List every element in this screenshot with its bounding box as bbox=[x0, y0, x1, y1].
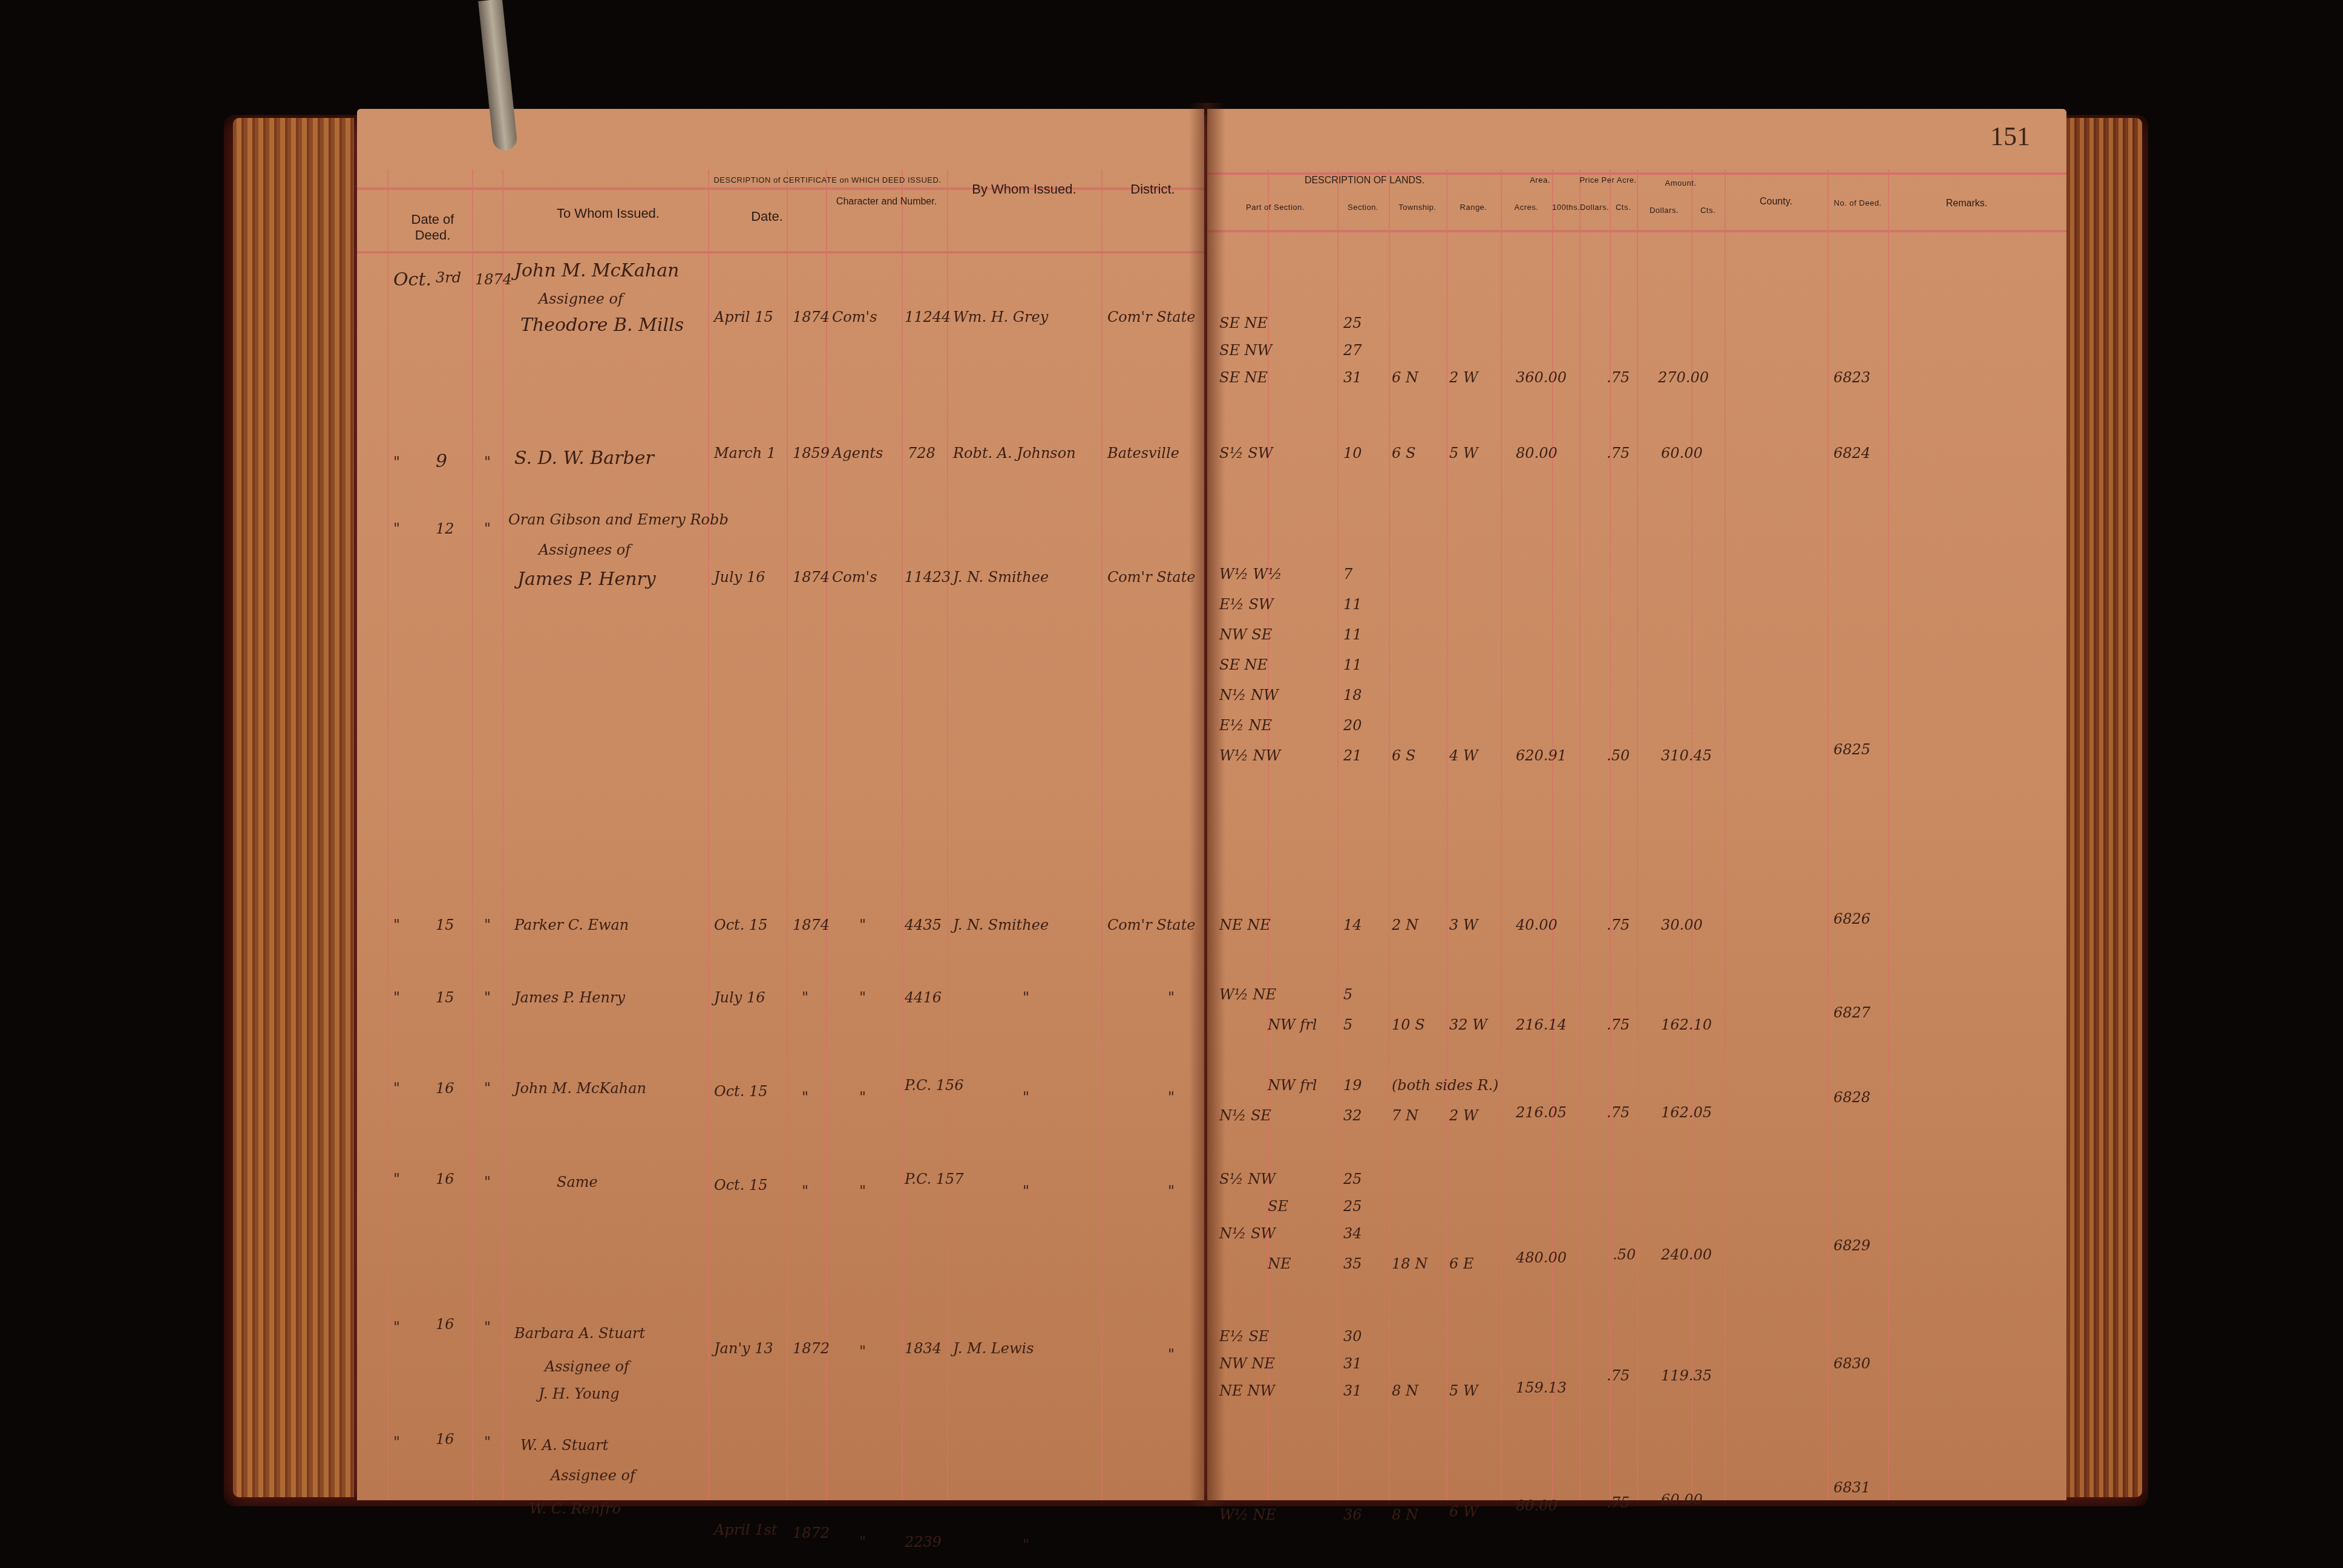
entry-cert-year: 1872 bbox=[793, 1340, 830, 1357]
land-section: 27 bbox=[1343, 342, 1362, 359]
land-part: W½ W½ bbox=[1219, 566, 1282, 583]
land-township: 8 N bbox=[1392, 1506, 1418, 1523]
land-acres: 480.00 bbox=[1516, 1249, 1567, 1266]
land-section: 31 bbox=[1343, 369, 1362, 386]
header-no-of-deed: No. of Deed. bbox=[1827, 198, 1888, 207]
land-price: .50 bbox=[1613, 1246, 1636, 1263]
entry-year: " bbox=[484, 1434, 491, 1451]
entry-number: 1834 bbox=[905, 1340, 942, 1357]
entry-cert-year: " bbox=[802, 1089, 808, 1106]
land-section: 25 bbox=[1343, 1171, 1362, 1187]
land-price: .50 bbox=[1607, 747, 1630, 764]
land-township: 6 S bbox=[1392, 747, 1415, 764]
deed-number: 6831 bbox=[1833, 1479, 1870, 1496]
header-by-whom-issued: By Whom Issued. bbox=[947, 181, 1101, 197]
deed-number: 6827 bbox=[1833, 1004, 1870, 1021]
entry-by-whom: Wm. H. Grey bbox=[953, 309, 1048, 325]
left-page: Date of Deed. To Whom Issued. DESCRIPTIO… bbox=[357, 109, 1204, 1500]
entry-by-whom: " bbox=[1023, 1089, 1029, 1106]
land-section: 14 bbox=[1343, 916, 1362, 933]
right-page: 151 DESCRIPTION OF LANDS. Part of Sectio… bbox=[1207, 109, 2066, 1500]
land-section: 20 bbox=[1343, 717, 1362, 734]
entry-year: " bbox=[484, 1174, 491, 1191]
entry-cert-year: " bbox=[802, 1183, 808, 1200]
entry-by-whom: J. N. Smithee bbox=[953, 916, 1049, 933]
entry-day: 9 bbox=[436, 451, 447, 472]
entry-character: " bbox=[859, 1183, 866, 1200]
header-section: Section. bbox=[1337, 203, 1389, 212]
land-part: W½ NW bbox=[1219, 747, 1280, 764]
land-part: SE NE bbox=[1219, 369, 1268, 386]
land-range: 6 E bbox=[1449, 1255, 1473, 1272]
entry-month: " bbox=[393, 916, 400, 933]
land-section: 25 bbox=[1343, 315, 1362, 332]
header-cert-date: Date. bbox=[708, 209, 826, 224]
entry-cert-year: 1874 bbox=[793, 569, 830, 586]
entry-cert-date: April 15 bbox=[714, 309, 773, 325]
land-part: S½ NW bbox=[1219, 1171, 1276, 1187]
land-section: 18 bbox=[1343, 687, 1362, 704]
land-amount: 30.00 bbox=[1661, 916, 1703, 933]
entry-district: " bbox=[1168, 1089, 1175, 1106]
land-amount: 310.45 bbox=[1661, 747, 1712, 764]
entry-cert-date: Oct. 15 bbox=[714, 1177, 768, 1194]
entry-number: 2239 bbox=[905, 1534, 942, 1550]
entry-to-whom-3: W. C. Renfro bbox=[529, 1500, 621, 1517]
land-range: 32 W bbox=[1449, 1016, 1487, 1033]
header-price-group: Price Per Acre. bbox=[1579, 175, 1637, 185]
entry-month: " bbox=[393, 520, 400, 537]
entry-district: Com'r State bbox=[1107, 916, 1196, 933]
land-part: SE NW bbox=[1219, 342, 1272, 359]
entry-day: 16 bbox=[436, 1316, 454, 1333]
deed-number: 6825 bbox=[1833, 741, 1870, 758]
entry-cert-year: 1874 bbox=[793, 916, 830, 933]
entry-month: " bbox=[393, 1319, 400, 1336]
entry-to-whom-2: Assignees of bbox=[539, 541, 631, 558]
header-area-group: Area. bbox=[1501, 175, 1579, 185]
entry-character: " bbox=[859, 1089, 866, 1106]
land-part: SE NE bbox=[1219, 656, 1268, 673]
land-section: 7 bbox=[1343, 566, 1352, 583]
land-range: 2 W bbox=[1449, 1107, 1478, 1124]
land-township: 6 N bbox=[1392, 369, 1418, 386]
land-section: 32 bbox=[1343, 1107, 1362, 1124]
entry-day: 12 bbox=[436, 520, 454, 537]
land-section: 30 bbox=[1343, 1328, 1362, 1345]
entry-to-whom: Oran Gibson and Emery Robb bbox=[508, 511, 729, 528]
deed-number: 6830 bbox=[1833, 1355, 1870, 1372]
entry-year: " bbox=[484, 1080, 491, 1097]
land-amount: 162.05 bbox=[1661, 1104, 1712, 1121]
land-range: 6 W bbox=[1449, 1503, 1478, 1520]
entry-district: Com'r State bbox=[1107, 569, 1196, 586]
deed-number: 6824 bbox=[1833, 445, 1870, 462]
entry-cert-date: Oct. 15 bbox=[714, 1083, 768, 1100]
page-number: 151 bbox=[1990, 121, 2030, 152]
entry-to-whom: Barbara A. Stuart bbox=[514, 1325, 645, 1342]
entry-character: Com's bbox=[832, 569, 877, 586]
header-amount-dollars: Dollars. bbox=[1637, 206, 1691, 215]
entry-year: " bbox=[484, 520, 491, 537]
land-section: 10 bbox=[1343, 445, 1362, 462]
entry-year: " bbox=[484, 989, 491, 1006]
land-amount: 270.00 bbox=[1658, 369, 1709, 386]
header-township: Township. bbox=[1389, 203, 1446, 212]
land-price: .75 bbox=[1607, 369, 1630, 386]
land-section: 5 bbox=[1343, 986, 1352, 1003]
header-remarks: Remarks. bbox=[1888, 198, 2045, 209]
entry-day: 15 bbox=[436, 989, 454, 1006]
header-acres: Acres. bbox=[1501, 203, 1552, 212]
header-price-dollars: Dollars. bbox=[1579, 203, 1610, 212]
header-date-of-deed: Date of Deed. bbox=[393, 212, 472, 243]
entry-to-whom-3: James P. Henry bbox=[517, 569, 656, 590]
deed-number: 6829 bbox=[1833, 1237, 1870, 1254]
land-acres: 80.00 bbox=[1516, 445, 1558, 462]
header-range: Range. bbox=[1446, 203, 1501, 212]
header-to-whom-issued: To Whom Issued. bbox=[508, 206, 708, 221]
entry-month: " bbox=[393, 1434, 400, 1451]
land-township: 18 N bbox=[1392, 1255, 1427, 1272]
entry-by-whom: " bbox=[1023, 1537, 1029, 1553]
entry-cert-date: March 1 bbox=[714, 445, 776, 462]
land-acres: 360.00 bbox=[1516, 369, 1567, 386]
entry-cert-year: " bbox=[802, 989, 808, 1006]
entry-district: Com'r State bbox=[1107, 309, 1196, 325]
land-acres: 40.00 bbox=[1516, 916, 1558, 933]
entry-character: " bbox=[859, 1534, 866, 1550]
land-price: .75 bbox=[1607, 1494, 1630, 1511]
entry-cert-date: April 1st bbox=[714, 1521, 777, 1538]
land-township: 7 N bbox=[1392, 1107, 1418, 1124]
header-bottom-rule bbox=[357, 251, 1204, 253]
land-part: NW frl bbox=[1268, 1077, 1317, 1094]
entry-by-whom: J. M. Lewis bbox=[953, 1340, 1034, 1357]
entry-month: " bbox=[393, 1080, 400, 1097]
entry-number: P.C. 156 bbox=[905, 1077, 964, 1094]
entry-number: 11244 bbox=[905, 309, 951, 325]
entry-by-whom: Robt. A. Johnson bbox=[953, 445, 1076, 462]
header-county: County. bbox=[1725, 197, 1827, 207]
land-acres: 216.14 bbox=[1516, 1016, 1567, 1033]
land-range: 5 W bbox=[1449, 445, 1478, 462]
entry-year: " bbox=[484, 1319, 491, 1336]
land-part: E½ SE bbox=[1219, 1328, 1269, 1345]
entry-cert-date: Oct. 15 bbox=[714, 916, 768, 933]
land-acres: 80.00 bbox=[1516, 1497, 1558, 1514]
entry-district: " bbox=[1168, 1346, 1175, 1363]
entry-to-whom-3: Theodore B. Mills bbox=[520, 315, 684, 336]
entry-to-whom-2: Assignee of bbox=[539, 290, 623, 307]
entry-month: " bbox=[393, 1171, 400, 1187]
entry-day: 16 bbox=[436, 1171, 454, 1187]
land-township: 10 S bbox=[1392, 1016, 1425, 1033]
entry-cert-date: July 16 bbox=[714, 989, 765, 1006]
land-part: NW SE bbox=[1219, 626, 1272, 643]
land-amount: 162.10 bbox=[1661, 1016, 1712, 1033]
right-page-stack bbox=[2057, 118, 2142, 1497]
land-part: W½ NE bbox=[1219, 1506, 1276, 1523]
header-certificate-group: DESCRIPTION of CERTIFICATE on WHICH DEED… bbox=[708, 175, 947, 185]
land-part: S½ SW bbox=[1219, 445, 1273, 462]
entry-day: 15 bbox=[436, 916, 454, 933]
land-range: 5 W bbox=[1449, 1382, 1478, 1399]
header-amount-cts: Cts. bbox=[1691, 206, 1725, 215]
land-acres: 620.91 bbox=[1516, 747, 1567, 764]
land-range: 2 W bbox=[1449, 369, 1478, 386]
entry-cert-year: 1874 bbox=[793, 309, 830, 325]
entry-character: " bbox=[859, 989, 866, 1006]
land-part: NW NE bbox=[1219, 1355, 1275, 1372]
book-gutter bbox=[1189, 103, 1225, 1506]
entry-to-whom: Same bbox=[557, 1174, 598, 1191]
land-township: 8 N bbox=[1392, 1382, 1418, 1399]
land-section: 19 bbox=[1343, 1077, 1362, 1094]
entry-character: Agents bbox=[832, 445, 883, 462]
land-price: .75 bbox=[1607, 916, 1630, 933]
entry-character: " bbox=[859, 1343, 866, 1360]
land-price: .75 bbox=[1607, 1104, 1630, 1121]
entry-to-whom: John M. McKahan bbox=[514, 260, 679, 281]
land-amount: 240.00 bbox=[1661, 1246, 1712, 1263]
land-part: W½ NE bbox=[1219, 986, 1276, 1003]
land-part: NE NE bbox=[1219, 916, 1271, 933]
land-amount: 119.35 bbox=[1661, 1367, 1712, 1384]
entry-character: Com's bbox=[832, 309, 877, 325]
left-page-stack bbox=[233, 118, 354, 1497]
entry-month: " bbox=[393, 989, 400, 1006]
entry-to-whom: James P. Henry bbox=[514, 989, 625, 1006]
entry-month: Oct. bbox=[393, 269, 431, 290]
entry-month: " bbox=[393, 454, 400, 471]
entry-to-whom: John M. McKahan bbox=[514, 1080, 646, 1097]
entry-by-whom: " bbox=[1023, 989, 1029, 1006]
land-part: NE NW bbox=[1219, 1382, 1275, 1399]
entry-cert-year: 1872 bbox=[793, 1524, 830, 1541]
land-section: 5 bbox=[1343, 1016, 1352, 1033]
land-part: SE NE bbox=[1219, 315, 1268, 332]
header-part-of-section: Part of Section. bbox=[1213, 203, 1337, 212]
land-amount: 60.00 bbox=[1661, 445, 1703, 462]
land-part: E½ SW bbox=[1219, 596, 1274, 613]
land-part: N½ NW bbox=[1219, 687, 1279, 704]
entry-by-whom: J. N. Smithee bbox=[953, 569, 1049, 586]
entry-number: 728 bbox=[908, 445, 936, 462]
entry-number: 11423 bbox=[905, 569, 951, 586]
land-price: .75 bbox=[1607, 445, 1630, 462]
entry-to-whom: W. A. Stuart bbox=[520, 1437, 608, 1454]
entry-to-whom-2: Assignee of bbox=[551, 1467, 635, 1484]
land-section: 31 bbox=[1343, 1382, 1362, 1399]
header-hundredths: 100ths. bbox=[1552, 203, 1579, 212]
land-section: 21 bbox=[1343, 747, 1362, 764]
land-section: 31 bbox=[1343, 1355, 1362, 1372]
land-section: 11 bbox=[1343, 596, 1362, 613]
entry-number: 4416 bbox=[905, 989, 942, 1006]
land-price: .75 bbox=[1607, 1016, 1630, 1033]
entry-cert-date: Jan'y 13 bbox=[714, 1340, 773, 1357]
entry-day: 16 bbox=[436, 1080, 454, 1097]
entry-to-whom-3: J. H. Young bbox=[539, 1385, 620, 1402]
deed-number: 6823 bbox=[1833, 369, 1870, 386]
land-part: NW frl bbox=[1268, 1016, 1317, 1033]
entry-day: 16 bbox=[436, 1431, 454, 1448]
entry-district: Batesville bbox=[1107, 445, 1179, 462]
header-lands-group: DESCRIPTION OF LANDS. bbox=[1244, 175, 1486, 186]
land-section: 11 bbox=[1343, 656, 1362, 673]
header-character-number: Character and Number. bbox=[826, 197, 947, 207]
land-part: NE bbox=[1268, 1255, 1291, 1272]
land-township: 2 N bbox=[1392, 916, 1418, 933]
land-part: N½ SE bbox=[1219, 1107, 1271, 1124]
land-price: .75 bbox=[1607, 1367, 1630, 1384]
entry-to-whom-2: Assignee of bbox=[545, 1358, 629, 1375]
land-section: 35 bbox=[1343, 1255, 1362, 1272]
land-part: E½ NE bbox=[1219, 717, 1272, 734]
land-range: 3 W bbox=[1449, 916, 1478, 933]
entry-district: " bbox=[1168, 1183, 1175, 1200]
land-amount: 60.00 bbox=[1661, 1491, 1703, 1508]
entry-cert-year: 1859 bbox=[793, 445, 830, 462]
entry-to-whom: S. D. W. Barber bbox=[514, 448, 654, 469]
header-price-cts: Cts. bbox=[1610, 203, 1637, 212]
land-part: N½ SW bbox=[1219, 1225, 1276, 1242]
land-range: 4 W bbox=[1449, 747, 1478, 764]
deed-number: 6826 bbox=[1833, 910, 1870, 927]
entry-by-whom: " bbox=[1023, 1183, 1029, 1200]
entry-character: " bbox=[859, 916, 866, 933]
entry-year: " bbox=[484, 916, 491, 933]
land-acres: 216.05 bbox=[1516, 1104, 1567, 1121]
entry-district: " bbox=[1168, 989, 1175, 1006]
land-section: 11 bbox=[1343, 626, 1362, 643]
entry-to-whom: Parker C. Ewan bbox=[514, 916, 629, 933]
land-township: 6 S bbox=[1392, 445, 1415, 462]
entry-number: 4435 bbox=[905, 916, 942, 933]
land-acres: 159.13 bbox=[1516, 1379, 1567, 1396]
entry-year: " bbox=[484, 454, 491, 471]
land-section: 25 bbox=[1343, 1198, 1362, 1215]
entry-cert-date: July 16 bbox=[714, 569, 765, 586]
header-amount-group: Amount. bbox=[1637, 178, 1725, 188]
land-section: 36 bbox=[1343, 1506, 1362, 1523]
land-part: SE bbox=[1268, 1198, 1288, 1215]
land-note: (both sides R.) bbox=[1392, 1077, 1498, 1094]
entry-number: P.C. 157 bbox=[905, 1171, 964, 1187]
land-section: 34 bbox=[1343, 1225, 1362, 1242]
deed-number: 6828 bbox=[1833, 1089, 1870, 1106]
entry-day: 3rd bbox=[436, 269, 461, 286]
entry-year: 1874 bbox=[475, 271, 512, 288]
